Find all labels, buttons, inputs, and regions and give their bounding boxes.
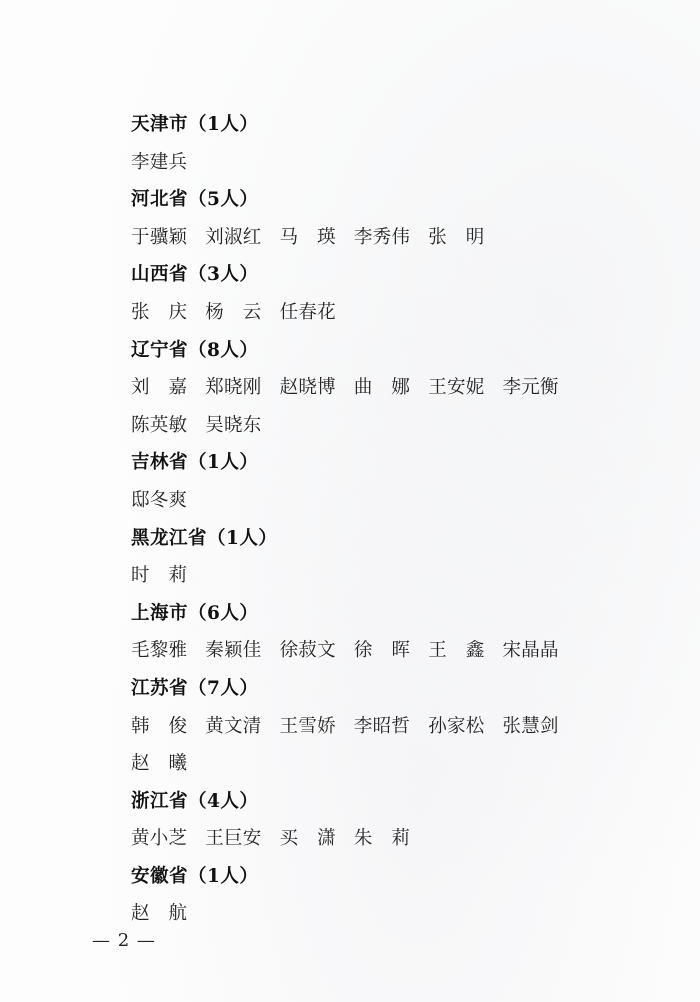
person-name: 张明 <box>428 226 484 250</box>
person-name: 吴晓东 <box>205 414 261 438</box>
person-name: 王安妮 <box>428 376 484 400</box>
region-heading: 河北省（5人） <box>131 188 591 226</box>
name-row: 张庆杨云任春花 <box>131 301 591 339</box>
name-list: 天津市（1人）李建兵河北省（5人）于骥颖刘淑红马瑛李秀伟张明山西省（3人）张庆杨… <box>131 113 591 940</box>
person-name: 于骥颖 <box>131 226 187 250</box>
name-row: 时莉 <box>131 564 591 602</box>
region-heading: 黑龙江省（1人） <box>131 527 591 565</box>
region-heading: 天津市（1人） <box>131 113 591 151</box>
person-name: 刘嘉 <box>131 376 187 400</box>
person-name: 张庆 <box>131 301 187 325</box>
region-heading: 吉林省（1人） <box>131 451 591 489</box>
person-name: 邸冬爽 <box>131 489 187 513</box>
name-row: 李建兵 <box>131 151 591 189</box>
name-row: 赵曦 <box>131 752 591 790</box>
person-name: 宋晶晶 <box>503 639 559 663</box>
region-heading: 山西省（3人） <box>131 263 591 301</box>
name-row: 毛黎雅秦颖佳徐菽文徐晖王鑫宋晶晶 <box>131 639 591 677</box>
region-heading: 辽宁省（8人） <box>131 339 591 377</box>
person-name: 赵曦 <box>131 752 187 776</box>
region-heading: 江苏省（7人） <box>131 677 591 715</box>
person-name: 毛黎雅 <box>131 639 187 663</box>
person-name: 曲娜 <box>354 376 410 400</box>
person-name: 李建兵 <box>131 151 187 175</box>
person-name: 黄文清 <box>205 715 261 739</box>
name-row: 于骥颖刘淑红马瑛李秀伟张明 <box>131 226 591 264</box>
person-name: 张慧剑 <box>503 715 559 739</box>
person-name: 王巨安 <box>205 827 261 851</box>
page-number: — 2 — <box>92 930 156 951</box>
name-row: 赵航 <box>131 902 591 940</box>
name-row: 黄小芝王巨安买潇朱莉 <box>131 827 591 865</box>
person-name: 朱莉 <box>354 827 410 851</box>
person-name: 李秀伟 <box>354 226 410 250</box>
region-heading: 安徽省（1人） <box>131 865 591 903</box>
person-name: 黄小芝 <box>131 827 187 851</box>
person-name: 时莉 <box>131 564 187 588</box>
person-name: 赵晓博 <box>280 376 336 400</box>
region-heading: 上海市（6人） <box>131 602 591 640</box>
person-name: 郑晓刚 <box>205 376 261 400</box>
person-name: 王鑫 <box>428 639 484 663</box>
person-name: 李昭哲 <box>354 715 410 739</box>
person-name: 买潇 <box>280 827 336 851</box>
person-name: 秦颖佳 <box>205 639 261 663</box>
person-name: 韩俊 <box>131 715 187 739</box>
name-row: 刘嘉郑晓刚赵晓博曲娜王安妮李元衡 <box>131 376 591 414</box>
person-name: 徐晖 <box>354 639 410 663</box>
name-row: 韩俊黄文清王雪娇李昭哲孙家松张慧剑 <box>131 715 591 753</box>
region-heading: 浙江省（4人） <box>131 790 591 828</box>
person-name: 陈英敏 <box>131 414 187 438</box>
person-name: 赵航 <box>131 902 187 926</box>
person-name: 杨云 <box>205 301 261 325</box>
name-row: 邸冬爽 <box>131 489 591 527</box>
person-name: 刘淑红 <box>205 226 261 250</box>
document-page: 天津市（1人）李建兵河北省（5人）于骥颖刘淑红马瑛李秀伟张明山西省（3人）张庆杨… <box>0 0 700 1002</box>
person-name: 马瑛 <box>280 226 336 250</box>
person-name: 徐菽文 <box>280 639 336 663</box>
person-name: 李元衡 <box>503 376 559 400</box>
person-name: 孙家松 <box>428 715 484 739</box>
person-name: 任春花 <box>280 301 336 325</box>
person-name: 王雪娇 <box>280 715 336 739</box>
name-row: 陈英敏吴晓东 <box>131 414 591 452</box>
